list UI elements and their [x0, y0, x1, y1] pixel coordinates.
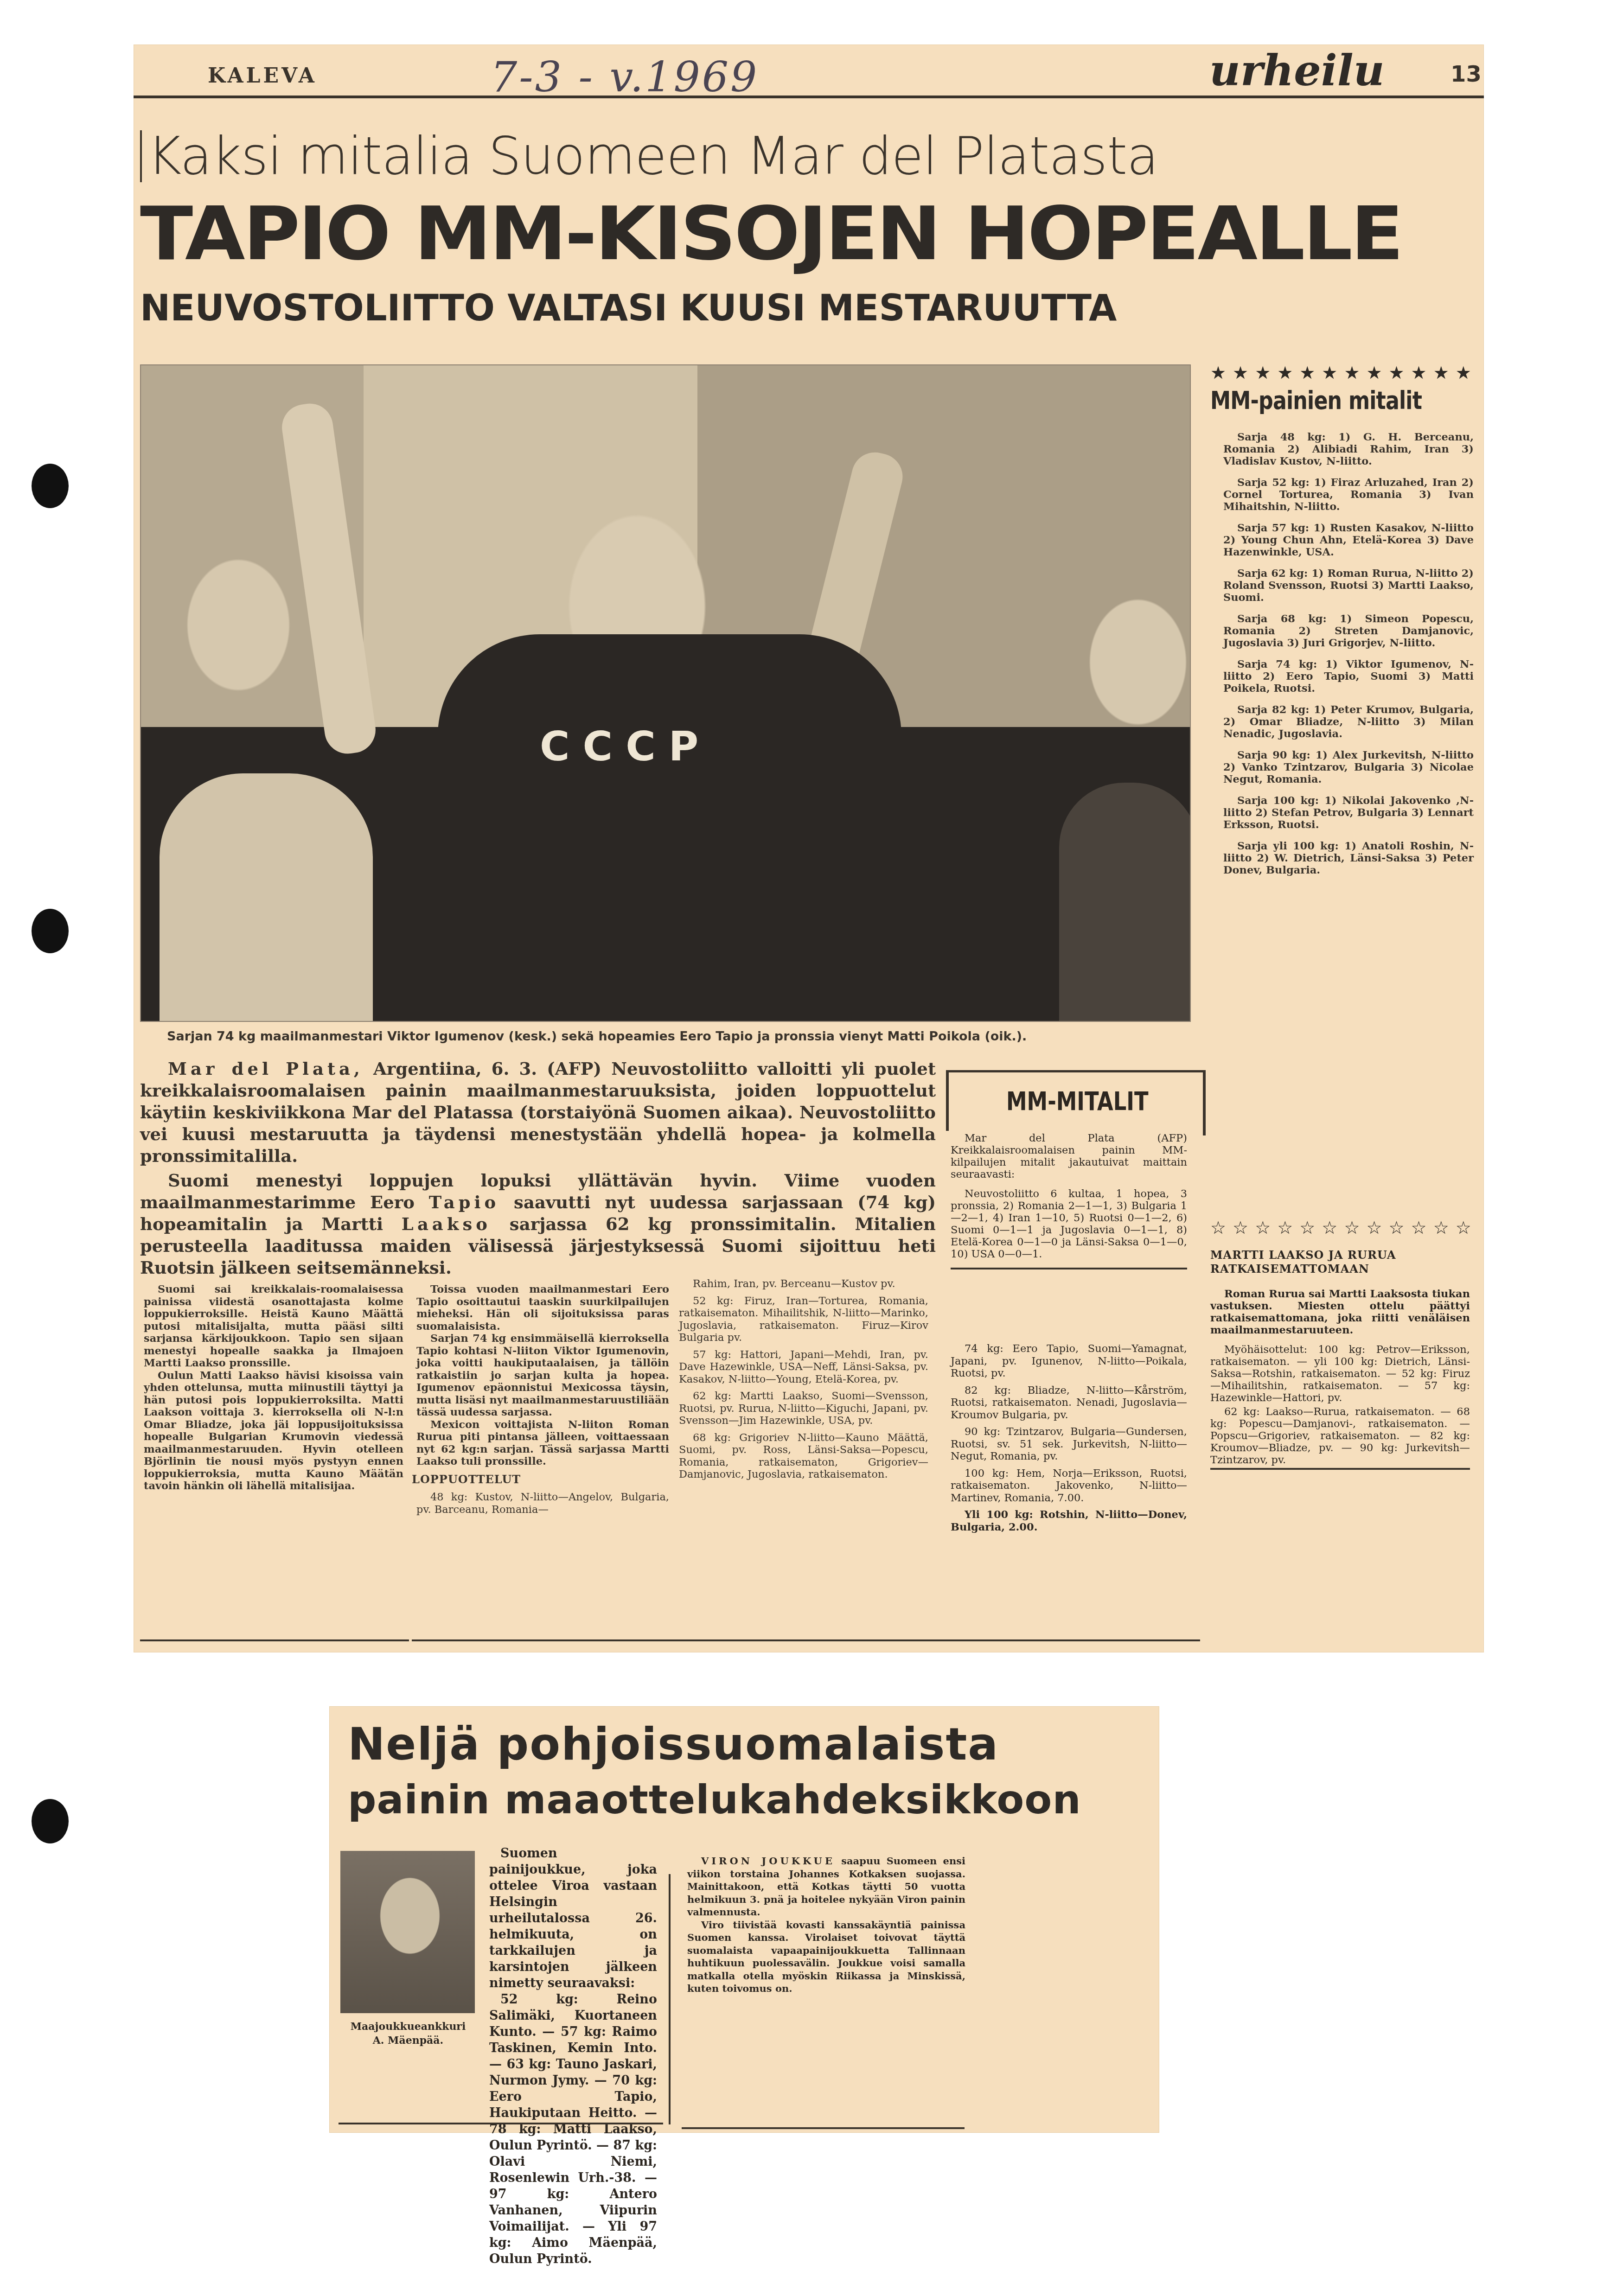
- article-column-1: Suomi sai kreikkalais-roomalaisessa pain…: [144, 1283, 403, 1492]
- column-rule: [669, 1874, 671, 2124]
- lead-article: Mar del Plata, Argentiina, 6. 3. (AFP) N…: [140, 1058, 936, 1282]
- team-announcement: Suomen painijoukkue, joka ottelee Viroa …: [489, 1845, 657, 2267]
- binder-hole: [32, 909, 69, 953]
- team-roster: 52 kg: Reino Salimäki, Kuortaneen Kunto.…: [489, 1991, 657, 2267]
- newspaper-name: KALEVA: [208, 64, 317, 88]
- column-rule: [1210, 1468, 1470, 1470]
- sidebar-body: Roman Rurua sai Martti Laaksosta tiukan …: [1210, 1288, 1470, 1473]
- section-name: urheilu: [1209, 45, 1385, 96]
- result-item: Sarja 100 kg: 1) Nikolai Jakovenko ,N-li…: [1223, 795, 1474, 831]
- result-item: Sarja 74 kg: 1) Viktor Igumenov, N-liitt…: [1223, 658, 1474, 695]
- jersey-lettering: CCCP: [540, 722, 711, 770]
- wrestlers-photo: CCCP: [140, 364, 1191, 1022]
- newspaper-clipping-secondary: Neljä pohjoissuomalaista painin maaottel…: [329, 1706, 1159, 2133]
- result-item: Sarja 62 kg: 1) Roman Rurua, N-liitto 2)…: [1223, 568, 1474, 604]
- masthead: KALEVA 7-3 - v.1969 urheilu 13: [134, 45, 1484, 98]
- portrait-caption: Maajoukkueankkuri A. Mäenpää.: [334, 2020, 482, 2047]
- secondary-headline-line2: painin maaottelukahdeksikkoon: [348, 1777, 1081, 1823]
- result-item: Sarja 90 kg: 1) Alex Jurkevitsh, N-liitt…: [1223, 749, 1474, 785]
- column-rule: [339, 2123, 663, 2124]
- result-item: Sarja 82 kg: 1) Peter Krumov, Bulgaria, …: [1223, 704, 1474, 740]
- column-rule: [140, 1639, 409, 1641]
- main-headline: TAPIO MM-KISOJEN HOPEALLE: [140, 198, 1402, 271]
- article-column-2: Toissa vuoden maailmanmestari Eero Tapio…: [416, 1283, 669, 1516]
- photo-figure-right: [1059, 783, 1191, 1022]
- star-border-top: ★★★★★★★★★★★★: [1210, 363, 1478, 383]
- secondary-headline-line1: Neljä pohjoissuomalaista: [348, 1718, 999, 1770]
- finals-heading: LOPPUOTTELUT: [412, 1473, 669, 1486]
- mm-mitalit-title: MM-MITALIT: [1006, 1086, 1149, 1116]
- kicker-headline: Kaksi mitalia Suomeen Mar del Platasta: [140, 130, 1158, 182]
- page-number: 13: [1450, 61, 1482, 87]
- result-item: Sarja 52 kg: 1) Firaz Arluzahed, Iran 2)…: [1223, 477, 1474, 513]
- photo-caption: Sarjan 74 kg maailmanmestari Viktor Igum…: [167, 1029, 1206, 1044]
- portrait-photo: [340, 1851, 475, 2013]
- newspaper-clipping-main: KALEVA 7-3 - v.1969 urheilu 13 Kaksi mit…: [134, 45, 1484, 1652]
- photo-raised-arm: [279, 401, 379, 757]
- result-item: Sarja 48 kg: 1) G. H. Berceanu, Romania …: [1223, 431, 1474, 467]
- column-rule: [412, 1639, 1200, 1641]
- photo-jersey: [438, 634, 901, 1021]
- column-rule: [682, 2127, 965, 2129]
- article-column-4: 74 kg: Eero Tapio, Suomi—Yamagnat, Japan…: [951, 1343, 1187, 1538]
- estonian-team-article: VIRON JOUKKUE saapuu Suomeen ensi viikon…: [687, 1855, 965, 1995]
- binder-hole: [32, 464, 69, 508]
- sidebar-subheading: MARTTI LAAKSO JA RURUA RATKAISEMATTOMAAN: [1210, 1248, 1470, 1276]
- handwritten-date: 7-3 - v.1969: [491, 53, 759, 102]
- mm-mitalit-box-body: Mar del Plata (AFP) Kreikkalaisroomalais…: [951, 1132, 1187, 1276]
- medal-results-list: Sarja 48 kg: 1) G. H. Berceanu, Romania …: [1223, 431, 1474, 886]
- result-item: Sarja yli 100 kg: 1) Anatoli Roshin, N-l…: [1223, 840, 1474, 876]
- article-column-3: Rahim, Iran, pv. Berceanu—Kustov pv. 52 …: [679, 1278, 928, 1481]
- result-item: Sarja 68 kg: 1) Simeon Popescu, Romania …: [1223, 613, 1474, 649]
- subheadline: NEUVOSTOLIITTO VALTASI KUUSI MESTARUUTTA: [140, 290, 1117, 326]
- photo-figure-left: [160, 773, 373, 1022]
- mm-mitalit-box-header: MM-MITALIT: [946, 1070, 1206, 1131]
- sidebar-title: MM-painien mitalit: [1210, 386, 1422, 415]
- divider: [951, 1268, 1187, 1269]
- binder-hole: [32, 1799, 69, 1843]
- dateline: Mar del Plata,: [168, 1059, 364, 1079]
- medal-standings: Neuvostoliitto 6 kultaa, 1 hopea, 3 pron…: [951, 1188, 1187, 1260]
- result-item: Sarja 57 kg: 1) Rusten Kasakov, N-liitto…: [1223, 522, 1474, 558]
- star-border-bottom: ☆☆☆☆☆☆☆☆☆☆☆☆: [1210, 1218, 1478, 1238]
